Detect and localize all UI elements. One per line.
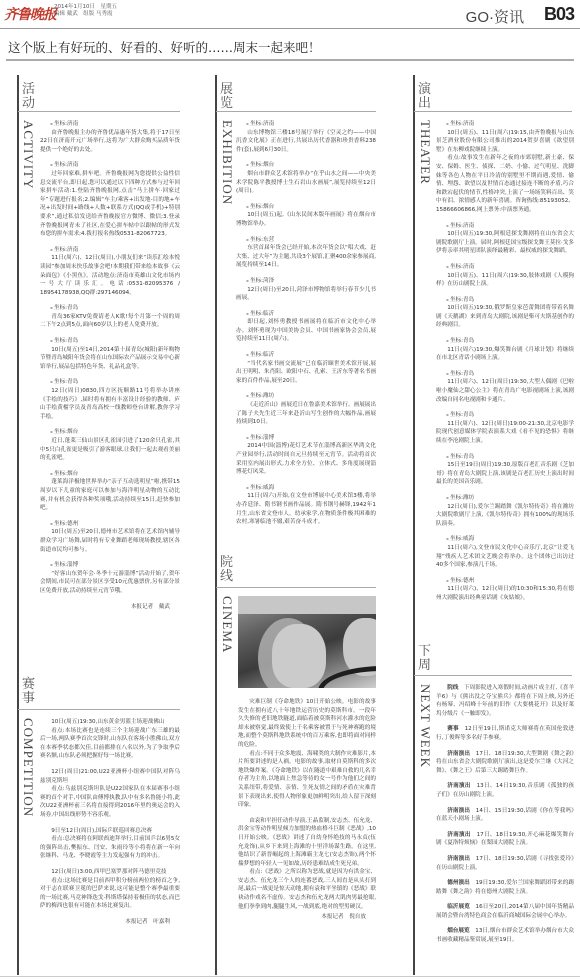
match-title: 9日至12日(周日),国际乒联巡回赛总决赛 [40,827,180,836]
page-number: B03 [544,4,574,25]
entry-tag: 德州演出 [447,880,470,886]
entry-body: “好客山东贺年会·冬季十元游淄博”活动开始了,贺年会期间,市民可在部分景区享受1… [40,570,180,596]
entry-body: 15日至19日(周日)19:30,原版百老汇音乐剧《芝加哥》将在青岛大剧院上演,… [436,461,574,487]
byline: 本报记者 叶嘉利 [40,918,180,927]
entry-body: 《走近沂山》画展近日在鲁嘉美术馆举行。画展展出了陈子夫先生近三年来赴沂山写生创作… [236,401,376,427]
cinema-divider [216,587,376,588]
entry-body: 11日(周六)、12日(周日)19:00-21:30,北京电影学院现代创意媒体学… [436,420,574,446]
list-item: 坐标:烟台蓬莱海洋极地世界举办“亲子互动选明星”啦,携带15周岁以下儿童的家庭可… [40,470,180,513]
editor-credits: 编辑 戴武 组版 马秀霞 [54,11,117,18]
activity-list: 坐标:济南由齐鲁晚报主办的齐鲁优品惠年货大集,将于17日至22日在济南开元广场举… [40,120,180,611]
match-item: 10日(周五)19:30,山东黄金男篮主场迎战佛山看点:本场比赛也是连续三个主场… [40,718,180,761]
list-item: 坐标:德州11日(周六)、12日(周日)的10:30和15:30,将在德州大剧院… [436,577,574,603]
entry-body: 10日(周五)至20日,德州市艺术馆将在艺术馆内辅导群众学习广场舞,届时将有专业… [40,528,180,554]
list-item: 济南演出 17日、18日19:30,话剧《寻找张爱玲》在历山剧院上演。 [436,855,574,872]
location-label: 坐标:青岛 [436,453,574,462]
entry-body: 烟台市群众艺术馆将举办“在乎山水之间——中央美术学院陈平教授博士生石岩山水画展”… [236,170,376,196]
entry-tag: 临沂展览 [447,904,470,910]
category-en-theater: THEATER [417,120,433,185]
category-label-theater: 演出 [418,83,432,111]
entry-highlight: 看点:故事发生在新年之夜的市郊别墅,新土豪、保安、保姆、医生、侦探、二奶、小偷、… [436,154,574,214]
location-label: 坐标:济南 [436,263,574,272]
entry-tag: 济南演出 [447,808,470,814]
list-item: 坐标:临沂“当代名家书画交流展”已在临沂颐世美术馆开展,展出王明明、朱肖阳、欧阳… [236,351,376,385]
entry-tag: 济南演出 [447,832,471,838]
entry-body: 11日(周六)、12日(周日)的10:30和15:30,将在德州大剧院演出经典童… [436,585,574,602]
list-item: 坐标:青岛10日(周五)至14日,2014第十届青岛(城阳)新年购物节暨青岛城阳… [40,337,180,371]
location-label: 坐标:青岛 [436,337,574,346]
list-item: 坐标:菏泽12日(周日)至20日,菏泽市博物馆将举行春节少儿书画展。 [236,277,376,303]
entry-body: 10日(周五)19:30,俄罗斯皇家芭蕾舞团将带着名舞剧《天鹅湖》来到青岛大剧院… [436,304,574,330]
location-label: 坐标:济南 [40,120,180,129]
section-name: GO·资讯 [466,6,524,27]
competition-divider [18,709,180,710]
photo-steering-wheel [318,666,376,688]
entry-body: 2014中国(淄博)花灯艺术节在淄博高新区华鸿文化产业园举行,活动时间自元旦持续… [236,442,376,476]
list-item: 德州演出 19日19:30,爱尔兰国家舞蹈团带来的踢踏舞《舞之韵》将在德州大剧院… [436,879,574,896]
list-item: 坐标:济南10日(周五)、11日(周六)19:30,肢体戏剧《人模狗样》在历山剧… [436,263,574,289]
list-item: 济南演出 17日、18日19:30,大型舞剧《舞之韵》将在山东省会大剧院歌剧厅演… [436,750,574,776]
entry-body: 12日(周日)至20日,菏泽市博物馆将举行春节少儿书画展。 [236,286,376,303]
location-label: 坐标:东营 [236,236,376,245]
list-item: 临沂展览 16日至20日,2014第八届中国年货精品展销会暨台湾特色商会在临沂商… [436,903,574,920]
location-label: 坐标:青岛 [40,378,180,387]
match-item: 12日(周日)3:00,西甲巴塞罗那对阵马德里竞技看点:这场比赛是目前西甲积分榜… [40,868,180,911]
entry-body: 10日(周五)至14日,2014第十届青岛(城阳)新年购物节暨青岛城阳年货会将在… [40,346,180,372]
entry-body: 12日(周日)0830,四方区抚顺路11号将举办讲座《手绘的技巧》,届时将有拥有… [40,387,180,421]
list-item: 坐标:青岛15日至19日(周日)19:30,原版百老汇音乐剧《芝加哥》将在青岛大… [436,453,574,487]
location-label: 坐标:淄博 [40,561,180,570]
match-title: 12日(周日)3:00,西甲巴塞罗那对阵马德里竞技 [40,868,180,877]
list-item: 烟台展览 13日,烟台市群众艺术馆举办烟台市大众书画收藏精品鉴赏展,展至19日。 [436,927,574,944]
entry-tag: 烟台展览 [447,928,469,934]
list-item: 赛事 12日至19日,斯诺克大师赛将在英国伦敦进行,丁俊晖等多名好手参赛。 [436,725,574,742]
entry-body: 12日(周日),爱尔兰踢踏舞《凯尔特传奇》将在潍坊大剧院歌剧厅上演,《凯尔特传奇… [436,503,574,529]
location-label: 坐标:济南 [436,120,574,129]
entry-body: 东营首届年货会已经开始,本次年货会以“唱大戏、赶大集、过大年”为主题,共设3个展… [236,244,376,270]
page-bottom-rule [0,976,580,977]
location-label: 坐标:济南 [436,222,574,231]
exhibition-divider [216,111,376,112]
entry-body: 11日(周六)开始,在文登市博展中心美术馆3楼,将举办乔廷泽、隋书钢书画作品展。… [236,492,376,526]
location-label: 坐标:德州 [40,520,180,529]
location-label: 坐标:淄博 [236,434,376,443]
byline: 本报记者 倪自放 [238,913,376,922]
column1-bar [17,75,19,975]
entry-body: 山东博物馆三楼18号展厅举行《空灵之约——中国沉香文化展》正在进行,共展出历代香… [236,129,376,155]
list-item: 院线 下周影院进入寒假时间,动画片成主打,《喜羊羊6》与《熊出没之夺宝熊兵》都将… [436,684,574,718]
list-item: 坐标:烟台10日(周五)起,《山东民间木版年画展》将在烟台市博物馆举办。 [236,203,376,229]
location-label: 坐标:威海 [236,484,376,493]
list-item: 坐标:青岛10日(周五)19:30,俄罗斯皇家芭蕾舞团将带着名舞剧《天鹅湖》来到… [436,296,574,330]
list-item: 坐标:淄博2014中国(淄博)花灯艺术节在淄博高新区华鸿文化产业园举行,活动时间… [236,434,376,477]
location-label: 坐标:青岛 [40,304,180,313]
list-item: 坐标:济南由齐鲁晚报主办的齐鲁优品惠年货大集,将于17日至22日在济南开元广场举… [40,120,180,154]
entry-tag: 院线 [447,685,458,691]
list-item: 坐标:青岛12日(周日)0830,四方区抚顺路11号将举办讲座《手绘的技巧》,届… [40,378,180,421]
list-item: 坐标:东营东营首届年货会已经开始,本次年货会以“唱大戏、赶大集、过大年”为主题,… [236,236,376,270]
entry-body: 10日(周五)、11日(周六)19:30,肢体戏剧《人模狗样》在历山剧院上演。 [436,272,574,289]
page-headline: 这个版上有好玩的、好看的、好听的……周末一起来吧！ [8,38,321,56]
list-item: 坐标:济南过年回家难,拼车吧。齐鲁晚报网为您提供公益性信息交流平台,即日起,您可… [40,161,180,238]
list-item: 坐标:威海11日(周六)开始,在文登市博展中心美术馆3楼,将举办乔廷泽、隋书钢书… [236,484,376,527]
cinema-paragraph: 看点:不同于众多地震、海啸类的大制作灾难影片,本片所要讲述的是人祸。电影的故事,… [238,750,376,810]
entry-tag: 济南演出 [447,751,470,757]
location-label: 坐标:济南 [40,161,180,170]
column3-bar [413,75,415,975]
location-label: 坐标:潍坊 [236,392,376,401]
match-item: 9日至12日(周日),国际乒联巡回赛总决赛看点:总决赛将在阿联酋迪拜举行,目前国… [40,827,180,861]
entry-body: 11日(周六),文登市民文化中心音乐厅,北京“让爱飞翔”残疾人艺术团文艺晚会将举… [436,544,574,570]
entry-body: 11日(周六)、12日(周日)19:30,大型人偶剧《巴啦啦小魔仙之甜心公主》将… [436,378,574,404]
location-label: 坐标:烟台 [40,470,180,479]
location-label: 坐标:烟台 [236,203,376,212]
category-label-competition: 赛事 [22,678,36,706]
issue-date: 2014年1月10日 星期五 [54,4,117,11]
list-item: 坐标:青岛11日(周六)、12日(周日)19:30,大型人偶剧《巴啦啦小魔仙之甜… [436,370,574,404]
entry-body: 11日(周六)19:30,爆笑舞台剧《月球计划》将继续在市北区青话小剧场上演。 [436,346,574,363]
newspaper-logo: 齐鲁晚报 [4,4,56,24]
entry-body: “当代名家书画交流展”已在临沂颐世美术馆开展,展出王明明、朱肖阳、欧阳中石、孔索… [236,360,376,386]
category-en-exhibition: EXHIBITION [219,120,235,205]
competition-list: 10日(周五)19:30,山东黄金男篮主场迎战佛山看点:本场比赛也是连续三个主场… [40,718,180,926]
match-title: 10日(周五)19:30,山东黄金男篮主场迎战佛山 [40,718,180,727]
location-label: 坐标:青岛 [40,337,180,346]
entry-body: 10日(周五)起,《山东民间木版年画展》将在烟台市博物馆举办。 [236,211,376,228]
entry-body: 10日(周五)19:30,阿根廷探戈舞剧将在山东省会大剧院歌剧厅上演。届时,阿根… [436,230,574,256]
entry-body: 11日(周六)、12日(周日),小朋友们来“读乐汇绘本悦读园”参加周末快乐故事会… [40,254,180,297]
list-item: 坐标:烟台近日,蓬莱三仙山景区孔雀园引进了120余只孔雀,其中5只白孔雀更是吸引… [40,428,180,462]
entry-body: 近日,蓬莱三仙山景区孔雀园引进了120余只孔雀,其中5只白孔雀更是吸引了游客眼球… [40,437,180,463]
category-label-exhibition: 展览 [220,83,234,111]
photo-car-roof [238,596,376,614]
list-item: 坐标:青岛青岛36家KTV免费请老人K歌!每个月第一个周的周二下午2点到5点,面… [40,304,180,330]
location-label: 坐标:青岛 [436,296,574,305]
entry-tag: 赛事 [447,726,459,732]
list-item: 济南演出 17日、18日19:30,开心麻花爆笑舞台剧《夏洛特烦恼》在梨园大剧院… [436,831,574,848]
cinema-text: 灾难巨制《夺命地铁》10日开始公映。电影的故事发生在拥有近八十年地铁运营历史的莫… [238,698,376,922]
column2-bar [215,75,217,975]
location-label: 坐标:临沂 [236,351,376,360]
location-label: 坐标:青岛 [436,370,574,379]
list-item: 坐标:临沂即日起,刘怀勇教授书画展将在临沂市文化中心举办。刘怀勇现为中国美协会员… [236,310,376,344]
next-week-list: 院线 下周影院进入寒假时间,动画片成主打,《喜羊羊6》与《熊出没之夺宝熊兵》都将… [436,684,574,952]
list-item: 坐标:威海11日(周六),文登市民文化中心音乐厅,北京“让爱飞翔”残疾人艺术团文… [436,535,574,569]
activity-divider [18,111,180,112]
list-item: 坐标:青岛11日(周六)、12日(周日)19:00-21:30,北京电影学院现代… [436,411,574,445]
list-item: 坐标:济南山东博物馆三楼18号展厅举行《空灵之约——中国沉香文化展》正在进行,共… [236,120,376,154]
entry-body: 青岛36家KTV免费请老人K歌!每个月第一个周的周二下午2点到5点,面向60岁以… [40,313,180,330]
next-week-divider [414,675,572,676]
headline-divider [6,59,574,61]
match-highlight: 看点:本场比赛也是连续三个主场迎战广东三雄的最后一场,两队赛季首次交锋时,山东队… [40,727,180,761]
match-title: 12日(周日)21:00,U22亚洲杯小组赛中国队对阵乌兹别克斯坦 [40,768,180,785]
masthead: 齐鲁晚报 2014年1月10日 星期五 编辑 戴武 组版 马秀霞 GO·资讯 B… [0,0,580,29]
list-item: 坐标:青岛11日(周六)19:30,爆笑舞台剧《月球计划》将继续在市北区青话小剧… [436,337,574,363]
location-label: 坐标:临沂 [236,310,376,319]
list-item: 坐标:潍坊12日(周日),爱尔兰踢踏舞《凯尔特传奇》将在潍坊大剧院歌剧厅上演,《… [436,494,574,528]
location-label: 坐标:济南 [236,120,376,129]
cinema-paragraph: 看点:《恶战》之所以称为恶战,就是因为有洪金宝、安志杰、伍允龙三个人的连番恶战,… [238,868,376,911]
list-item: 济南演出 13日、14日19:30,音乐剧《孤独的孩子们》在历山剧院上演。 [436,782,574,799]
entry-body: 10日(周五)、11日(周六)19:15,由齐鲁晚报与山东景芝酒业股份有限公司推… [436,129,574,155]
location-label: 坐标:济南 [40,246,180,255]
category-label-activity: 活动 [22,83,36,111]
entry-body: 即日起,刘怀勇教授书画展将在临沂市文化中心举办。刘怀勇现为中国美协会员、中国书画… [236,318,376,344]
match-highlight: 看点:这场比赛是目前西甲积分榜前两位的榜首之争,对于志在联赛卫冕的巴萨来说,这可… [40,877,180,911]
category-label-cinema: 院线 [220,556,234,584]
list-item: 坐标:德州10日(周五)至20日,德州市艺术馆将在艺术馆内辅导群众学习广场舞,届… [40,520,180,554]
category-en-competition: COMPETITION [20,718,36,817]
cinema-paragraph: 由袁和平担任动作导演,王晶监制,安志杰、伍允龙、洪金宝等动作明星倾力加盟的热血格… [238,817,376,869]
list-item: 济南演出 14日、15日19:30,话剧《你在等我吗》在蓝天小剧场上演。 [436,807,574,824]
entry-tag: 济南演出 [447,856,470,862]
list-item: 坐标:济南11日(周六)、12日(周日),小朋友们来“读乐汇绘本悦读园”参加周末… [40,246,180,298]
theater-list: 坐标:济南10日(周五)、11日(周六)19:15,由齐鲁晚报与山东景芝酒业股份… [436,120,574,610]
byline: 本报记者 戴武 [40,603,180,612]
entry-tag: 济南演出 [447,783,471,789]
entry-body: 蓬莱海洋极地世界举办“亲子互动选明星”啦,携带15周岁以下儿童的家庭可以参加与海… [40,478,180,512]
list-item: 坐标:济南10日(周五)、11日(周六)19:15,由齐鲁晚报与山东景芝酒业股份… [436,120,574,215]
list-item: 坐标:淄博“好客山东贺年会·冬季十元游淄博”活动开始了,贺年会期间,市民可在部分… [40,561,180,595]
photo-woman-face [272,624,326,688]
exhibition-list: 坐标:济南山东博物馆三楼18号展厅举行《空灵之约——中国沉香文化展》正在进行,共… [236,120,376,534]
location-label: 坐标:烟台 [40,428,180,437]
location-label: 坐标:烟台 [236,161,376,170]
cinema-paragraph: 灾难巨制《夺命地铁》10日开始公映。电影的故事发生在拥有近八十年地铁运营历史的莫… [238,698,376,750]
match-highlight: 看点:总决赛将在阿联酋迪拜举行,目前国乒以6男5女的强阵出击,樊振东、闫安、朱雨… [40,835,180,861]
category-en-activity: ACTIVITY [20,120,36,189]
match-highlight: 看点:乌兹别克斯坦队是U22国家队在本届赛事小组赛的首个对手,中国队由傅博执教,… [40,785,180,819]
list-item: 坐标:济南10日(周五)19:30,阿根廷探戈舞剧将在山东省会大剧院歌剧厅上演。… [436,222,574,256]
category-en-next-week: NEXT WEEK [417,684,433,768]
location-label: 坐标:潍坊 [436,494,574,503]
location-label: 坐标:德州 [436,577,574,586]
dateline: 2014年1月10日 星期五 编辑 戴武 组版 马秀霞 [54,4,117,18]
category-label-next-week: 下周 [418,645,432,673]
entry-body: 过年回家难,拼车吧。齐鲁晚报网为您提供公益性信息交流平台,即日起,您可以通过以下… [40,170,180,239]
match-item: 12日(周日)21:00,U22亚洲杯小组赛中国队对阵乌兹别克斯坦看点:乌兹别克… [40,768,180,820]
list-item: 坐标:潍坊《走近沂山》画展近日在鲁嘉美术馆举行。画展展出了陈子夫先生近三年来赴沂… [236,392,376,426]
list-item: 坐标:烟台烟台市群众艺术馆将举办“在乎山水之间——中央美术学院陈平教授博士生石岩… [236,161,376,195]
theater-divider [414,111,572,112]
category-en-cinema: CINEMA [219,596,235,653]
location-label: 坐标:青岛 [436,411,574,420]
location-label: 坐标:威海 [436,535,574,544]
location-label: 坐标:菏泽 [236,277,376,286]
entry-body: 由齐鲁晚报主办的齐鲁优品惠年货大集,将于17日至22日在济南开元广场举行,这将为… [40,129,180,155]
film-still-photo [238,596,376,688]
